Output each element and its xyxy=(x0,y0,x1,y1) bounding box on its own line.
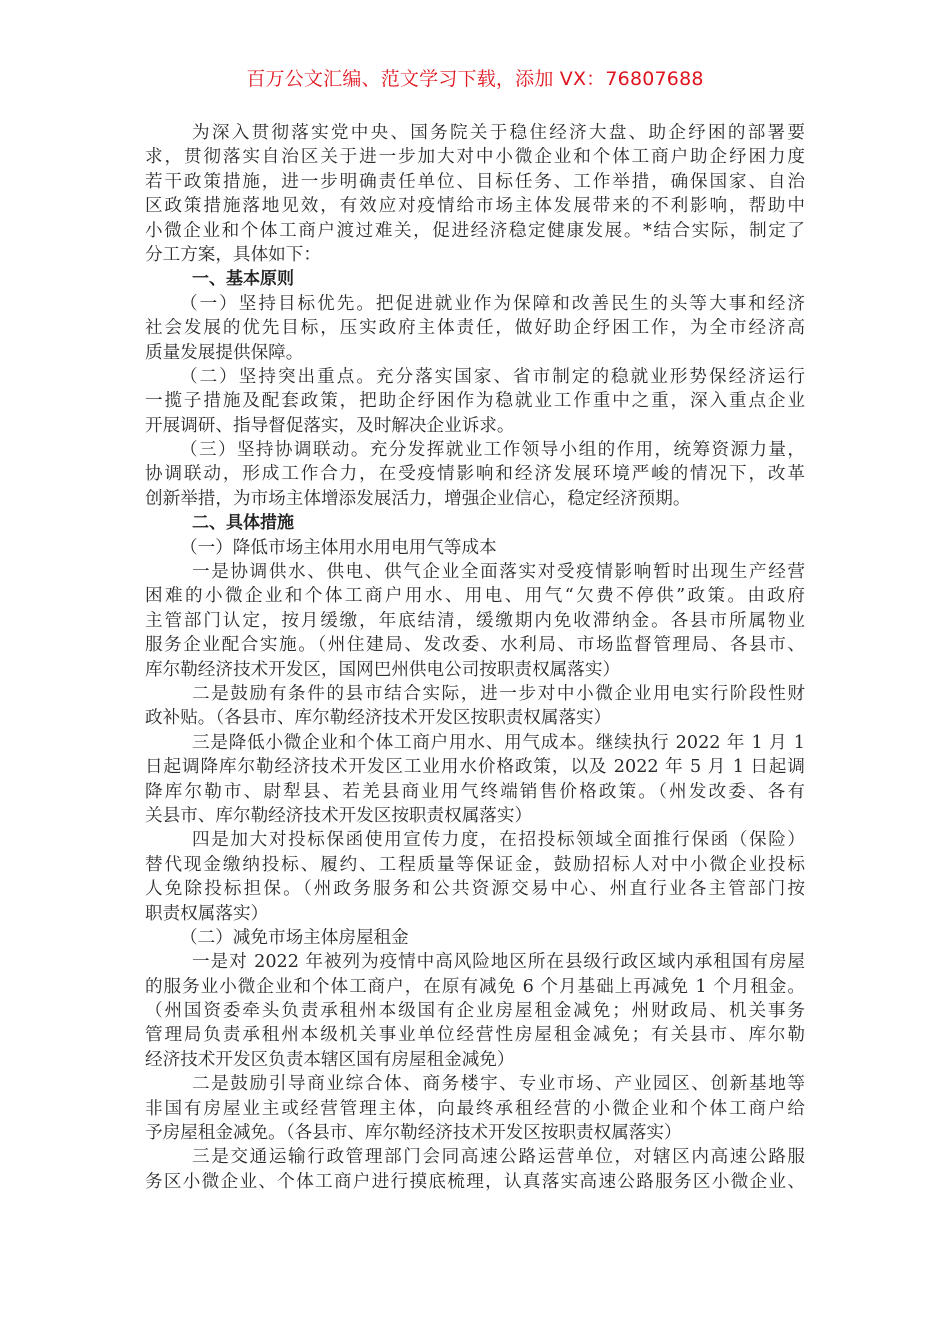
paragraph-line: 为深入贯彻落实党中央、国务院关于稳住经济大盘、助企纾困的部署要 xyxy=(145,121,805,145)
subsection-heading: （二）减免市场主体房屋租金 xyxy=(145,926,805,950)
paragraph-line: 职责权属落实） xyxy=(145,902,805,926)
paragraph-line: 困难的小微企业和个体工商户用水、用电、用气“欠费不停供”政策。由政府 xyxy=(145,584,805,608)
paragraph-line: 一是对 2022 年被列为疫情中高风险地区所在县级行政区域内承租国有房屋 xyxy=(145,950,805,974)
paragraph-line: 小微企业和个体工商户渡过难关，促进经济稳定健康发展。*结合实际，制定了 xyxy=(145,219,805,243)
paragraph-line: 开展调研、指导督促落实，及时解决企业诉求。 xyxy=(145,414,805,438)
section-heading: 一、基本原则 xyxy=(145,267,805,291)
paragraph-line: 政补贴。（各县市、库尔勒经济技术开发区按职责权属落实） xyxy=(145,706,805,730)
paragraph-line: 一是协调供水、供电、供气企业全面落实对受疫情影响暂时出现生产经营 xyxy=(145,560,805,584)
watermark-banner: 百万公文汇编、范文学习下载，添加 VX：76807688 xyxy=(0,64,950,94)
paragraph-line: 经济技术开发区负责本辖区国有房屋租金减免） xyxy=(145,1048,805,1072)
paragraph-line: 服务企业配合实施。（州住建局、发改委、水利局、市场监督管理局、各县市、 xyxy=(145,633,805,657)
paragraph-line: （州国资委牵头负责承租州本级国有企业房屋租金减免；州财政局、机关事务 xyxy=(145,999,805,1023)
paragraph-line: 三是交通运输行政管理部门会同高速公路运营单位，对辖区内高速公路服 xyxy=(145,1145,805,1169)
paragraph-line: 社会发展的优先目标，压实政府主体责任，做好助企纾困工作，为全市经济高 xyxy=(145,316,805,340)
paragraph-line: 协调联动，形成工作合力，在受疫情影响和经济发展环境严峻的情况下，改革 xyxy=(145,462,805,486)
paragraph-line: 求，贯彻落实自治区关于进一步加大对中小微企业和个体工商户助企纾困力度 xyxy=(145,145,805,169)
paragraph-line: 一揽子措施及配套政策，把助企纾困作为稳就业工作重中之重，深入重点企业 xyxy=(145,389,805,413)
paragraph-line: 分工方案，具体如下： xyxy=(145,243,805,267)
document-body: 为深入贯彻落实党中央、国务院关于稳住经济大盘、助企纾困的部署要求，贯彻落实自治区… xyxy=(145,121,810,1194)
paragraph-line: 的服务业小微企业和个体工商户，在原有减免 6 个月基础上再减免 1 个月租金。 xyxy=(145,975,805,999)
paragraph-line: 人免除投标担保。（州政务服务和公共资源交易中心、州直行业各主管部门按 xyxy=(145,877,805,901)
paragraph-line: 非国有房屋业主或经营管理主体，向最终承租经营的小微企业和个体工商户给 xyxy=(145,1097,805,1121)
paragraph-line: 四是加大对投标保函使用宣传力度，在招投标领域全面推行保函（保险） xyxy=(145,828,805,852)
paragraph-line: 管理局负责承租州本级机关事业单位经营性房屋租金减免；有关县市、库尔勒 xyxy=(145,1023,805,1047)
subsection-heading: （一）降低市场主体用水用电用气等成本 xyxy=(145,536,805,560)
document-page: 百万公文汇编、范文学习下载，添加 VX：76807688 为深入贯彻落实党中央、… xyxy=(0,0,950,1344)
paragraph-line: 三是降低小微企业和个体工商户用水、用气成本。继续执行 2022 年 1 月 1 xyxy=(145,731,805,755)
paragraph-line: 库尔勒经济技术开发区，国网巴州供电公司按职责权属落实） xyxy=(145,658,805,682)
paragraph-line: 予房屋租金减免。（各县市、库尔勒经济技术开发区按职责权属落实） xyxy=(145,1121,805,1145)
paragraph-line: 二是鼓励有条件的县市结合实际，进一步对中小微企业用电实行阶段性财 xyxy=(145,682,805,706)
paragraph-line: 若干政策措施，进一步明确责任单位、目标任务、工作举措，确保国家、自治 xyxy=(145,170,805,194)
paragraph-line: （一）坚持目标优先。把促进就业作为保障和改善民生的头等大事和经济 xyxy=(145,292,805,316)
paragraph-line: 创新举措，为市场主体增添发展活力，增强企业信心，稳定经济预期。 xyxy=(145,487,805,511)
paragraph-line: 二是鼓励引导商业综合体、商务楼宇、专业市场、产业园区、创新基地等 xyxy=(145,1072,805,1096)
paragraph-line: 关县市、库尔勒经济技术开发区按职责权属落实） xyxy=(145,804,805,828)
paragraph-line: 质量发展提供保障。 xyxy=(145,341,805,365)
paragraph-line: 务区小微企业、个体工商户进行摸底梳理，认真落实高速公路服务区小微企业、 xyxy=(145,1170,805,1194)
paragraph-line: 替代现金缴纳投标、履约、工程质量等保证金，鼓励招标人对中小微企业投标 xyxy=(145,853,805,877)
paragraph-line: 主管部门认定，按月缓缴，年底结清，缓缴期内免收滞纳金。各县市所属物业 xyxy=(145,609,805,633)
paragraph-line: 区政策措施落地见效，有效应对疫情给市场主体发展带来的不利影响，帮助中 xyxy=(145,194,805,218)
paragraph-line: （三）坚持协调联动。充分发挥就业工作领导小组的作用，统筹资源力量， xyxy=(145,438,805,462)
paragraph-line: 降库尔勒市、尉犁县、若羌县商业用气终端销售价格政策。（州发改委、各有 xyxy=(145,780,805,804)
section-heading: 二、具体措施 xyxy=(145,511,805,535)
paragraph-line: （二）坚持突出重点。充分落实国家、省市制定的稳就业形势保经济运行 xyxy=(145,365,805,389)
paragraph-line: 日起调降库尔勒经济技术开发区工业用水价格政策，以及 2022 年 5 月 1 日… xyxy=(145,755,805,779)
